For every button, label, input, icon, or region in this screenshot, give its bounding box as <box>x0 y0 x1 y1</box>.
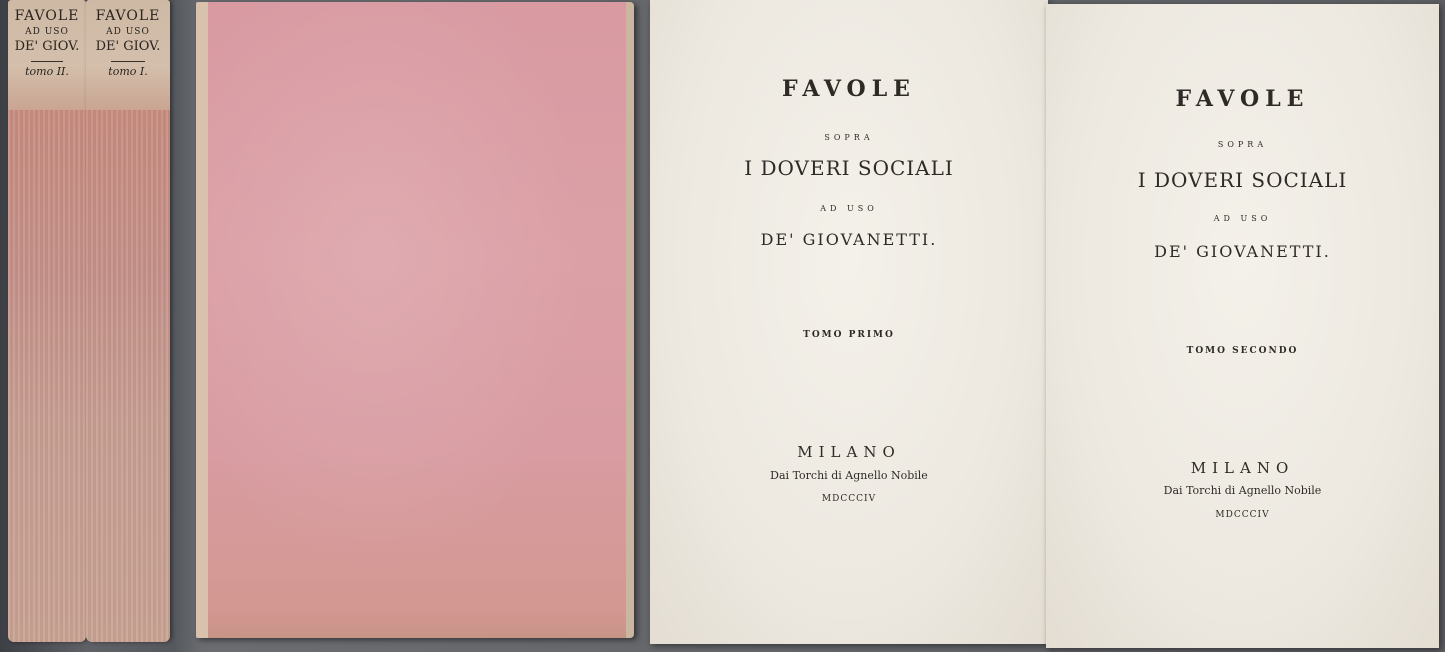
spine-line: DE' GIOV. <box>8 40 86 55</box>
sopra-text: sopra <box>650 133 1048 142</box>
spine-label: FAVOLE AD USO DE' GIOV. tomo II. <box>8 8 86 79</box>
city: MILANO <box>650 443 1048 461</box>
ad-uso-text: ad uso <box>1046 214 1439 223</box>
pink-paper-cover <box>196 2 634 638</box>
spine-title: FAVOLE <box>8 8 86 24</box>
spine-rule <box>31 61 62 62</box>
spine-volume: tomo II. <box>8 66 86 79</box>
title-page-volume-2: FAVOLE sopra I DOVERI SOCIALI ad uso DE'… <box>1046 4 1439 648</box>
volume-label: TOMO SECONDO <box>1046 346 1439 356</box>
book-subject: I DOVERI SOCIALI <box>650 156 1048 180</box>
book-subject: I DOVERI SOCIALI <box>1046 168 1439 192</box>
year: MDCCCIV <box>1046 510 1439 520</box>
spine-line: AD USO <box>86 27 170 37</box>
spine-rule <box>111 61 145 62</box>
spine-line: DE' GIOV. <box>86 40 170 55</box>
volume-label: TOMO PRIMO <box>650 330 1048 340</box>
book-title: FAVOLE <box>1046 86 1439 112</box>
dedication: DE' GIOVANETTI. <box>650 230 1048 249</box>
title-page-volume-1: FAVOLE sopra I DOVERI SOCIALI ad uso DE'… <box>650 0 1048 644</box>
ad-uso-text: ad uso <box>650 204 1048 213</box>
year: MDCCCIV <box>650 494 1048 504</box>
spine-label: FAVOLE AD USO DE' GIOV. tomo I. <box>86 8 170 79</box>
spine-volume: tomo I. <box>86 66 170 79</box>
book-spine-volume-1: FAVOLE AD USO DE' GIOV. tomo I. <box>86 0 170 642</box>
printer: Dai Torchi di Agnello Nobile <box>1046 484 1439 497</box>
dedication: DE' GIOVANETTI. <box>1046 242 1439 261</box>
spine-title: FAVOLE <box>86 8 170 24</box>
printer: Dai Torchi di Agnello Nobile <box>650 469 1048 482</box>
book-title: FAVOLE <box>650 76 1048 102</box>
spine-line: AD USO <box>8 27 86 37</box>
book-spine-volume-2: FAVOLE AD USO DE' GIOV. tomo II. <box>8 0 86 642</box>
sopra-text: sopra <box>1046 140 1439 149</box>
city: MILANO <box>1046 459 1439 477</box>
